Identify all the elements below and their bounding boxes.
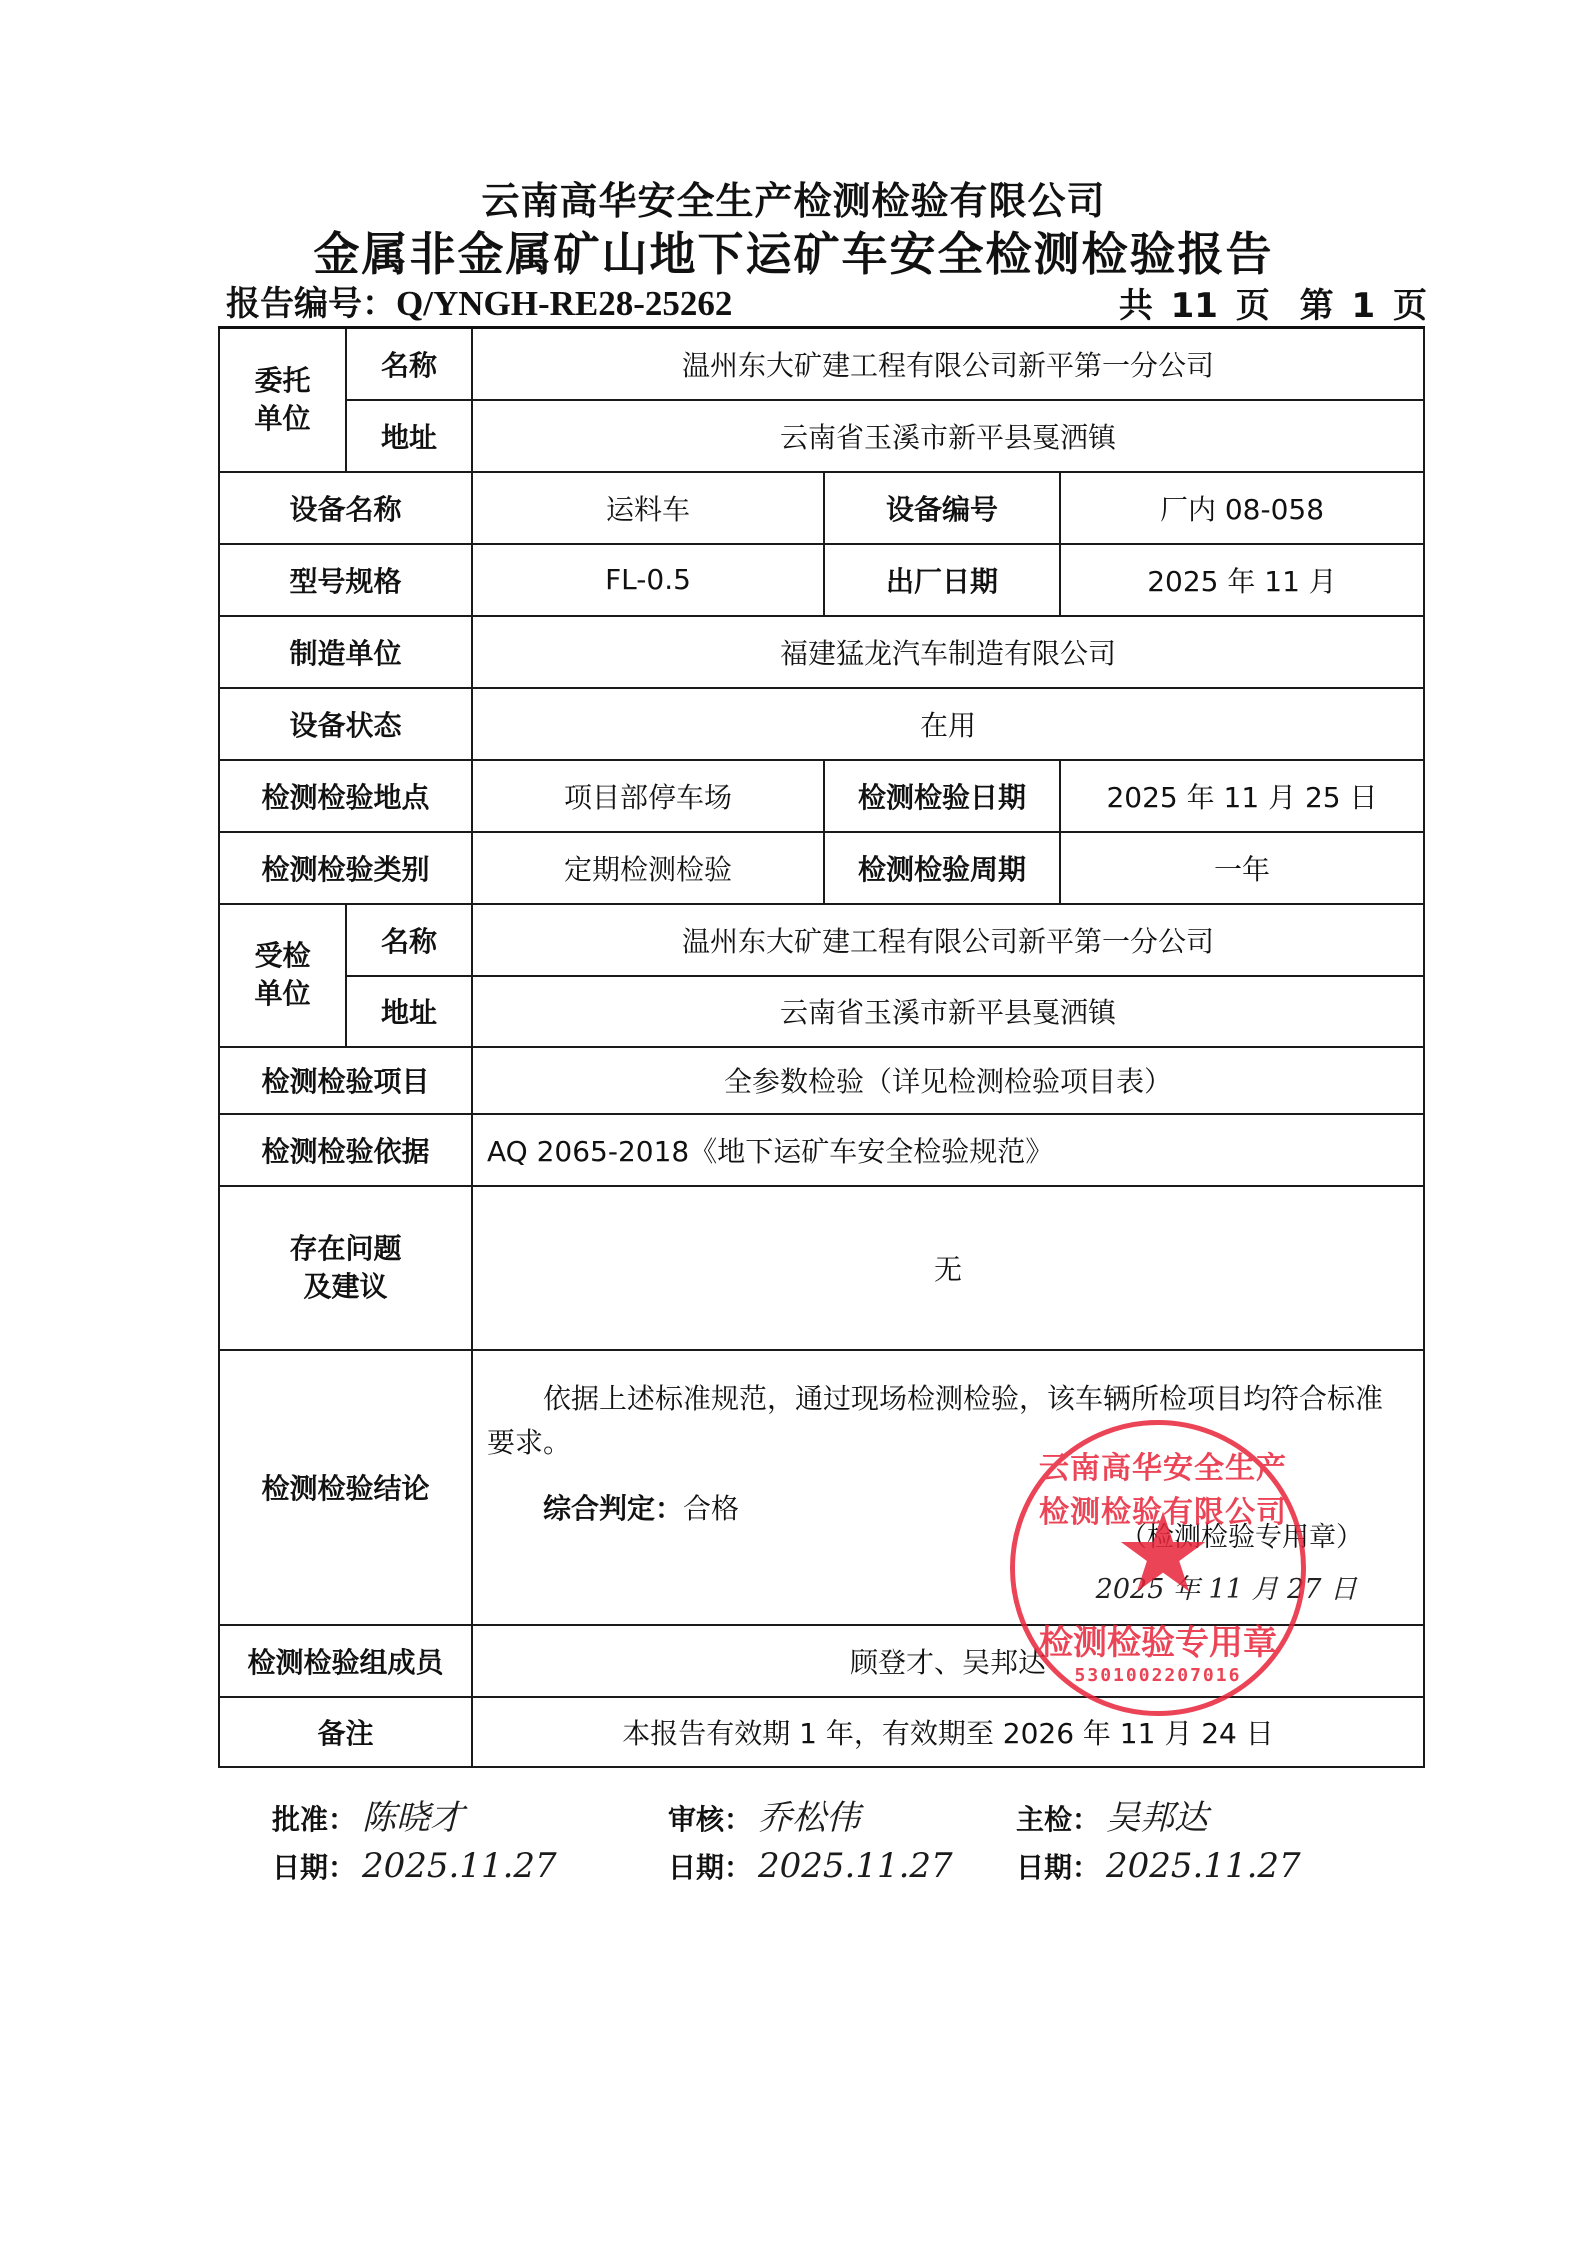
remarks-row: 备注 本报告有效期 1 年，有效期至 2026 年 11 月 24 日 <box>219 1697 1424 1767</box>
inspection-cycle-value: 一年 <box>1060 832 1424 904</box>
conclusion-cell: 依据上述标准规范，通过现场检测检验，该车辆所检项目均符合标准要求。 综合判定：合… <box>472 1350 1424 1625</box>
basis-value: AQ 2065-2018《地下运矿车安全检验规范》 <box>472 1114 1424 1186</box>
inspection-type-label: 检测检验类别 <box>219 832 472 904</box>
approve-date-value: 2025.11.27 <box>362 1846 557 1886</box>
report-number-label: 报告编号： <box>226 284 396 324</box>
inspected-address-label: 地址 <box>346 976 472 1047</box>
inspected-address-row: 地址 云南省玉溪市新平县戛洒镇 <box>219 976 1424 1047</box>
equipment-name-value: 运料车 <box>472 472 824 544</box>
manufacturer-value: 福建猛龙汽车制造有限公司 <box>472 616 1424 688</box>
manufacture-date-label: 出厂日期 <box>824 544 1060 616</box>
company-name: 云南高华安全生产检测检验有限公司 <box>0 170 1587 225</box>
members-row: 检测检验组成员 顾登才、吴邦达 <box>219 1625 1424 1697</box>
approve-signature: 批准：陈晓才 <box>272 1790 464 1839</box>
items-row: 检测检验项目 全参数检验（详见检测检验项目表） <box>219 1047 1424 1114</box>
review-date-label: 日期： <box>668 1851 752 1884</box>
model-row: 型号规格 FL-0.5 出厂日期 2025 年 11 月 <box>219 544 1424 616</box>
report-title: 金属非金属矿山地下运矿车安全检测检验报告 <box>0 218 1587 284</box>
client-name-value: 温州东大矿建工程有限公司新平第一分公司 <box>472 328 1424 400</box>
report-table: 委托 单位 名称 温州东大矿建工程有限公司新平第一分公司 地址 云南省玉溪市新平… <box>218 326 1425 1768</box>
page-indicator: 共 11 页 第 1 页 <box>1107 278 1427 327</box>
client-address-value: 云南省玉溪市新平县戛洒镇 <box>472 400 1424 472</box>
report-number-value: Q/YNGH-RE28-25262 <box>396 284 732 323</box>
inspection-site-row: 检测检验地点 项目部停车场 检测检验日期 2025 年 11 月 25 日 <box>219 760 1424 832</box>
inspected-group-label-line2: 单位 <box>220 975 345 1013</box>
equipment-name-label: 设备名称 <box>219 472 472 544</box>
signature-block: 批准：陈晓才 日期：2025.11.27 审核：乔松伟 日期：2025.11.2… <box>0 1790 1587 1910</box>
inspected-name-row: 受检 单位 名称 温州东大矿建工程有限公司新平第一分公司 <box>219 904 1424 976</box>
inspection-cycle-label: 检测检验周期 <box>824 832 1060 904</box>
manufacturer-row: 制造单位 福建猛龙汽车制造有限公司 <box>219 616 1424 688</box>
issues-label-line1: 存在问题 <box>220 1230 471 1268</box>
client-name-label: 名称 <box>346 328 472 400</box>
review-date: 日期：2025.11.27 <box>668 1846 953 1886</box>
approve-date: 日期：2025.11.27 <box>272 1846 557 1886</box>
chief-date-label: 日期： <box>1016 1851 1100 1884</box>
client-address-row: 地址 云南省玉溪市新平县戛洒镇 <box>219 400 1424 472</box>
approve-date-label: 日期： <box>272 1851 356 1884</box>
remarks-value: 本报告有效期 1 年，有效期至 2026 年 11 月 24 日 <box>472 1697 1424 1767</box>
status-row: 设备状态 在用 <box>219 688 1424 760</box>
total-pages: 共 11 页 <box>1119 286 1270 326</box>
current-page: 第 1 页 <box>1300 286 1427 326</box>
seal-date: 2025 年 11 月 27 日 <box>1096 1567 1357 1606</box>
model-value: FL-0.5 <box>472 544 824 616</box>
review-signature: 审核：乔松伟 <box>668 1790 860 1839</box>
review-label: 审核： <box>668 1803 752 1836</box>
inspection-site-label: 检测检验地点 <box>219 760 472 832</box>
review-date-value: 2025.11.27 <box>758 1846 953 1886</box>
manufacture-date-value: 2025 年 11 月 <box>1060 544 1424 616</box>
inspected-name-value: 温州东大矿建工程有限公司新平第一分公司 <box>472 904 1424 976</box>
members-value: 顾登才、吴邦达 <box>472 1625 1424 1697</box>
inspection-site-value: 项目部停车场 <box>472 760 824 832</box>
chief-sign: 吴邦达 <box>1106 1798 1208 1838</box>
model-label: 型号规格 <box>219 544 472 616</box>
client-address-label: 地址 <box>346 400 472 472</box>
basis-row: 检测检验依据 AQ 2065-2018《地下运矿车安全检验规范》 <box>219 1114 1424 1186</box>
equipment-row: 设备名称 运料车 设备编号 厂内 08-058 <box>219 472 1424 544</box>
review-sign: 乔松伟 <box>758 1798 860 1838</box>
report-number: 报告编号：Q/YNGH-RE28-25262 <box>226 276 732 325</box>
status-label: 设备状态 <box>219 688 472 760</box>
client-name-row: 委托 单位 名称 温州东大矿建工程有限公司新平第一分公司 <box>219 328 1424 400</box>
approve-sign: 陈晓才 <box>362 1798 464 1838</box>
conclusion-row: 检测检验结论 依据上述标准规范，通过现场检测检验，该车辆所检项目均符合标准要求。… <box>219 1350 1424 1625</box>
inspection-date-label: 检测检验日期 <box>824 760 1060 832</box>
inspection-date-value: 2025 年 11 月 25 日 <box>1060 760 1424 832</box>
issues-row: 存在问题 及建议 无 <box>219 1186 1424 1350</box>
client-group-label-line1: 委托 <box>220 362 345 400</box>
members-label: 检测检验组成员 <box>219 1625 472 1697</box>
basis-label: 检测检验依据 <box>219 1114 472 1186</box>
seal-note: （检测检验专用章） <box>1120 1515 1363 1554</box>
chief-date: 日期：2025.11.27 <box>1016 1846 1301 1886</box>
inspection-type-value: 定期检测检验 <box>472 832 824 904</box>
approve-label: 批准： <box>272 1803 356 1836</box>
inspected-group-label-line1: 受检 <box>220 937 345 975</box>
issues-value: 无 <box>472 1186 1424 1350</box>
items-label: 检测检验项目 <box>219 1047 472 1114</box>
equipment-no-label: 设备编号 <box>824 472 1060 544</box>
inspected-address-value: 云南省玉溪市新平县戛洒镇 <box>472 976 1424 1047</box>
conclusion-label: 检测检验结论 <box>219 1350 472 1625</box>
status-value: 在用 <box>472 688 1424 760</box>
equipment-no-value: 厂内 08-058 <box>1060 472 1424 544</box>
manufacturer-label: 制造单位 <box>219 616 472 688</box>
chief-label: 主检： <box>1016 1803 1100 1836</box>
inspection-type-row: 检测检验类别 定期检测检验 检测检验周期 一年 <box>219 832 1424 904</box>
items-value: 全参数检验（详见检测检验项目表） <box>472 1047 1424 1114</box>
inspected-name-label: 名称 <box>346 904 472 976</box>
issues-label-line2: 及建议 <box>220 1268 471 1306</box>
chief-date-value: 2025.11.27 <box>1106 1846 1301 1886</box>
verdict-label: 综合判定： <box>543 1492 683 1525</box>
conclusion-text: 依据上述标准规范，通过现场检测检验，该车辆所检项目均符合标准要求。 <box>487 1377 1409 1465</box>
inspected-group-label: 受检 单位 <box>219 904 346 1047</box>
remarks-label: 备注 <box>219 1697 472 1767</box>
client-group-label-line2: 单位 <box>220 400 345 438</box>
issues-label: 存在问题 及建议 <box>219 1186 472 1350</box>
client-group-label: 委托 单位 <box>219 328 346 472</box>
verdict-value: 合格 <box>683 1492 739 1525</box>
chief-signature: 主检：吴邦达 <box>1016 1790 1208 1839</box>
